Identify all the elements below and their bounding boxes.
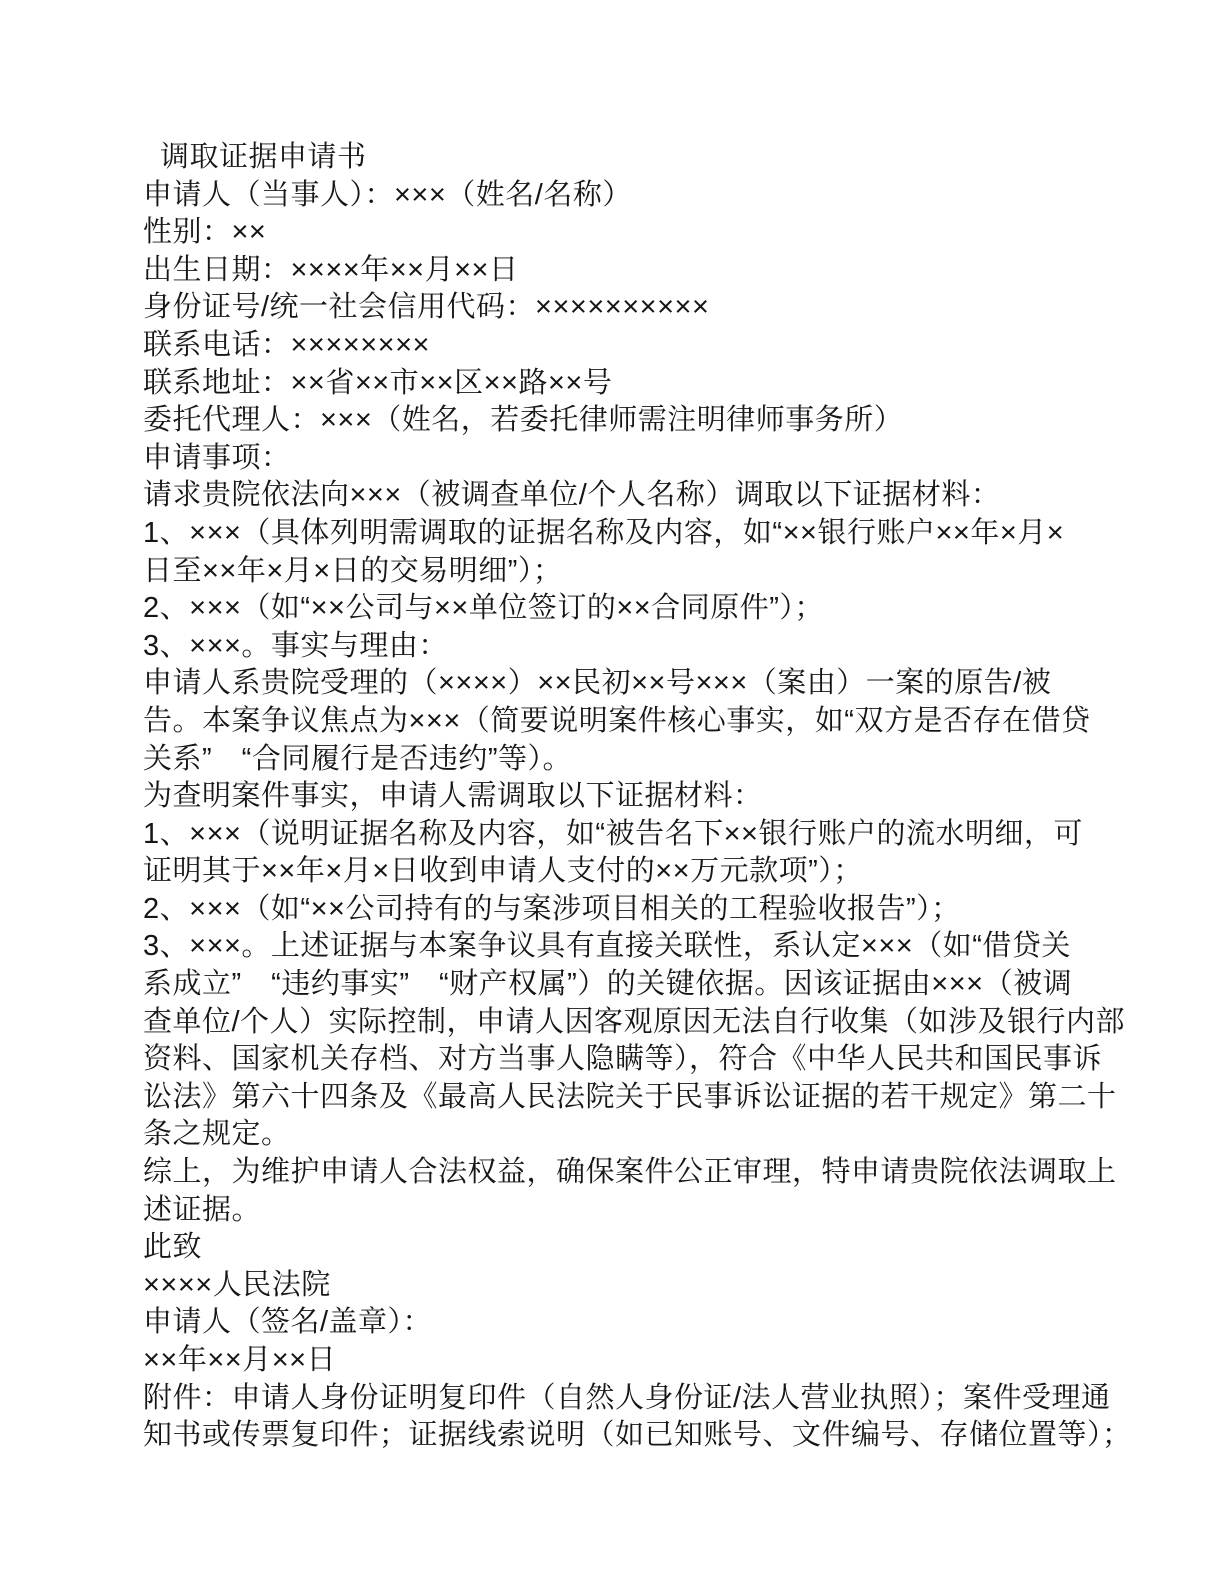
document-line: 性别：××: [143, 214, 1183, 252]
document-line: 附件：申请人身份证明复印件（自然人身份证/法人营业执照）；案件受理通: [143, 1380, 1183, 1418]
document-line: 3、×××。上述证据与本案争议具有直接关联性，系认定×××（如“借贷关: [143, 928, 1183, 966]
document-line: 此致: [143, 1229, 1183, 1267]
document-line: 联系电话：××××××××: [143, 327, 1183, 365]
document-line: 申请人（签名/盖章）：: [143, 1304, 1183, 1342]
document-line: 申请事项：: [143, 440, 1183, 478]
document-line: 委托代理人：×××（姓名，若委托律师需注明律师事务所）: [143, 402, 1183, 440]
document-line: 综上，为维护申请人合法权益，确保案件公正审理，特申请贵院依法调取上: [143, 1154, 1183, 1192]
document-page: 调取证据申请书 申请人（当事人）：×××（姓名/名称） 性别：×× 出生日期：×…: [143, 139, 1183, 1455]
document-line: 申请人系贵院受理的（××××）××民初××号×××（案由）一案的原告/被: [143, 665, 1183, 703]
document-line: 2、×××（如“××公司与××单位签订的××合同原件”）；: [143, 590, 1183, 628]
document-line: 申请人（当事人）：×××（姓名/名称）: [143, 177, 1183, 215]
document-line: 3、×××。事实与理由：: [143, 628, 1183, 666]
document-line: 请求贵院依法向×××（被调查单位/个人名称）调取以下证据材料：: [143, 477, 1183, 515]
document-title: 调取证据申请书: [143, 139, 1183, 177]
document-line: 身份证号/统一社会信用代码：××××××××××: [143, 289, 1183, 327]
document-line: 关系” “合同履行是否违约”等）。: [143, 741, 1183, 779]
document-line: 知书或传票复印件；证据线索说明（如已知账号、文件编号、存储位置等）；: [143, 1417, 1183, 1455]
document-line: 条之规定。: [143, 1116, 1183, 1154]
document-line: 1、×××（具体列明需调取的证据名称及内容，如“××银行账户××年×月×: [143, 515, 1183, 553]
document-line: 日至××年×月×日的交易明细”）；: [143, 553, 1183, 591]
document-line: 述证据。: [143, 1192, 1183, 1230]
document-line: 证明其于××年×月×日收到申请人支付的××万元款项”）；: [143, 853, 1183, 891]
document-line: 查单位/个人）实际控制，申请人因客观原因无法自行收集（如涉及银行内部: [143, 1004, 1183, 1042]
document-line: 2、×××（如“××公司持有的与案涉项目相关的工程验收报告”）；: [143, 891, 1183, 929]
document-line: 讼法》第六十四条及《最高人民法院关于民事诉讼证据的若干规定》第二十: [143, 1079, 1183, 1117]
document-line: 系成立” “违约事实” “财产权属”）的关键依据。因该证据由×××（被调: [143, 966, 1183, 1004]
document-line: 1、×××（说明证据名称及内容，如“被告名下××银行账户的流水明细，可: [143, 816, 1183, 854]
document-line: 为查明案件事实，申请人需调取以下证据材料：: [143, 778, 1183, 816]
document-line: ××年××月××日: [143, 1342, 1183, 1380]
document-line: 联系地址：××省××市××区××路××号: [143, 365, 1183, 403]
document-line: 资料、国家机关存档、对方当事人隐瞒等），符合《中华人民共和国民事诉: [143, 1041, 1183, 1079]
document-line: 告。本案争议焦点为×××（简要说明案件核心事实，如“双方是否存在借贷: [143, 703, 1183, 741]
document-line: ××××人民法院: [143, 1267, 1183, 1305]
document-line: 出生日期：××××年××月××日: [143, 252, 1183, 290]
